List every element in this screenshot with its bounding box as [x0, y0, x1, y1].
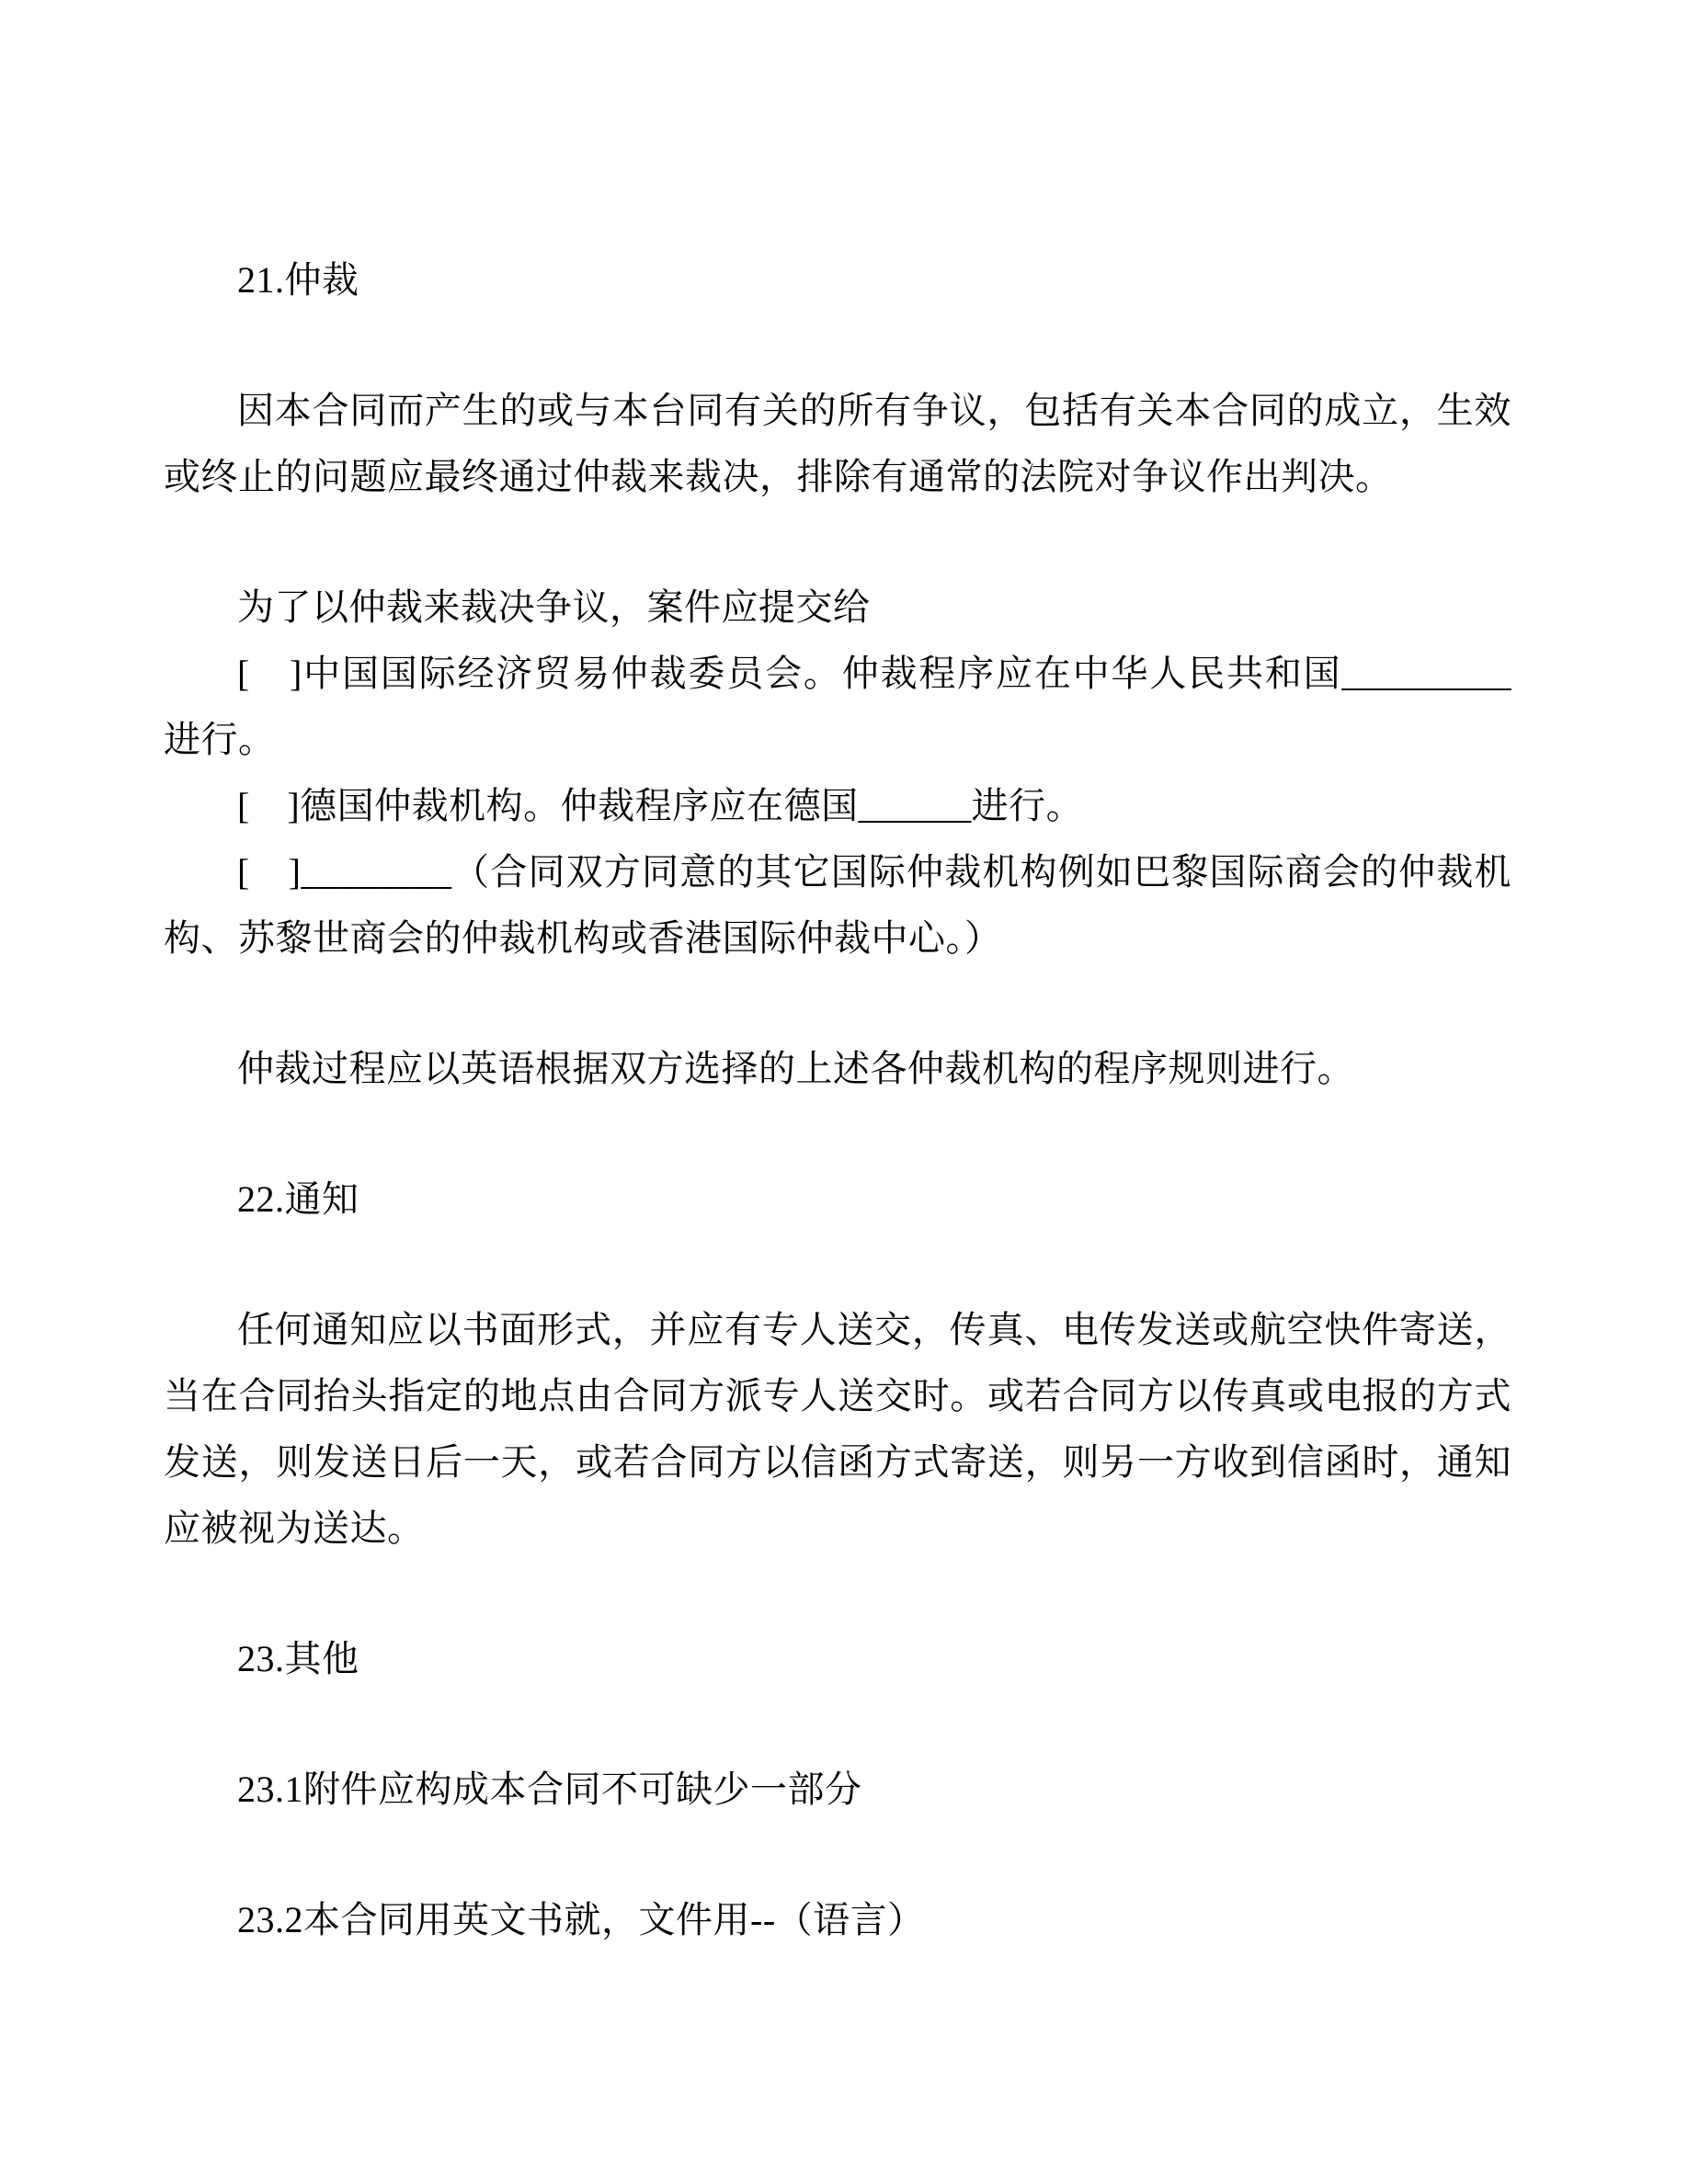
arbitration-option-china: [ ]中国国际经济贸易仲裁委员会。仲裁程序应在中华人民共和国_________进…	[164, 641, 1511, 773]
arbitration-option-china-text: 中国国际经济贸易仲裁委员会。仲裁程序应在中华人民共和国_________进行。	[164, 653, 1511, 760]
section-heading-22-notice: 22.通知	[164, 1166, 1511, 1233]
checkbox-placeholder: [ ]	[237, 653, 302, 694]
section-heading-21-arbitration: 21.仲裁	[164, 247, 1511, 313]
arbitration-option-other: [ ]________（合同双方同意的其它国际仲裁机构例如巴黎国际商会的仲裁机构…	[164, 839, 1511, 972]
checkbox-placeholder: [ ]	[237, 785, 300, 826]
clause-23-1-paragraph: 23.1附件应构成本合同不可缺少一部分	[164, 1757, 1511, 1823]
clause-23-2-paragraph: 23.2本合同用英文书就，文件用--（语言）	[164, 1887, 1511, 1953]
notice-paragraph: 任何通知应以书面形式，并应有专人送交，传真、电传发送或航空快件寄送，当在合同抬头…	[164, 1297, 1511, 1562]
arbitration-option-other-text: ________（合同双方同意的其它国际仲裁机构例如巴黎国际商会的仲裁机构、苏黎…	[164, 851, 1511, 959]
section-heading-23-misc: 23.其他	[164, 1626, 1511, 1692]
arbitration-option-germany: [ ]德国仲裁机构。仲裁程序应在德国______进行。	[164, 773, 1511, 839]
arbitration-submission-paragraph: 为了以仲裁来裁决争议，案件应提交给	[164, 574, 1511, 641]
checkbox-placeholder: [ ]	[237, 851, 301, 893]
arbitration-option-germany-text: 德国仲裁机构。仲裁程序应在德国______进行。	[300, 785, 1083, 826]
arbitration-language-paragraph: 仲裁过程应以英语根据双方选择的上述各仲裁机构的程序规则进行。	[164, 1036, 1511, 1102]
contract-document-page: 21.仲裁 因本合同而产生的或与本台同有关的所有争议，包括有关本合同的成立，生效…	[0, 0, 1688, 2184]
arbitration-intro-paragraph: 因本合同而产生的或与本台同有关的所有争议，包括有关本合同的成立，生效或终止的问题…	[164, 378, 1511, 510]
